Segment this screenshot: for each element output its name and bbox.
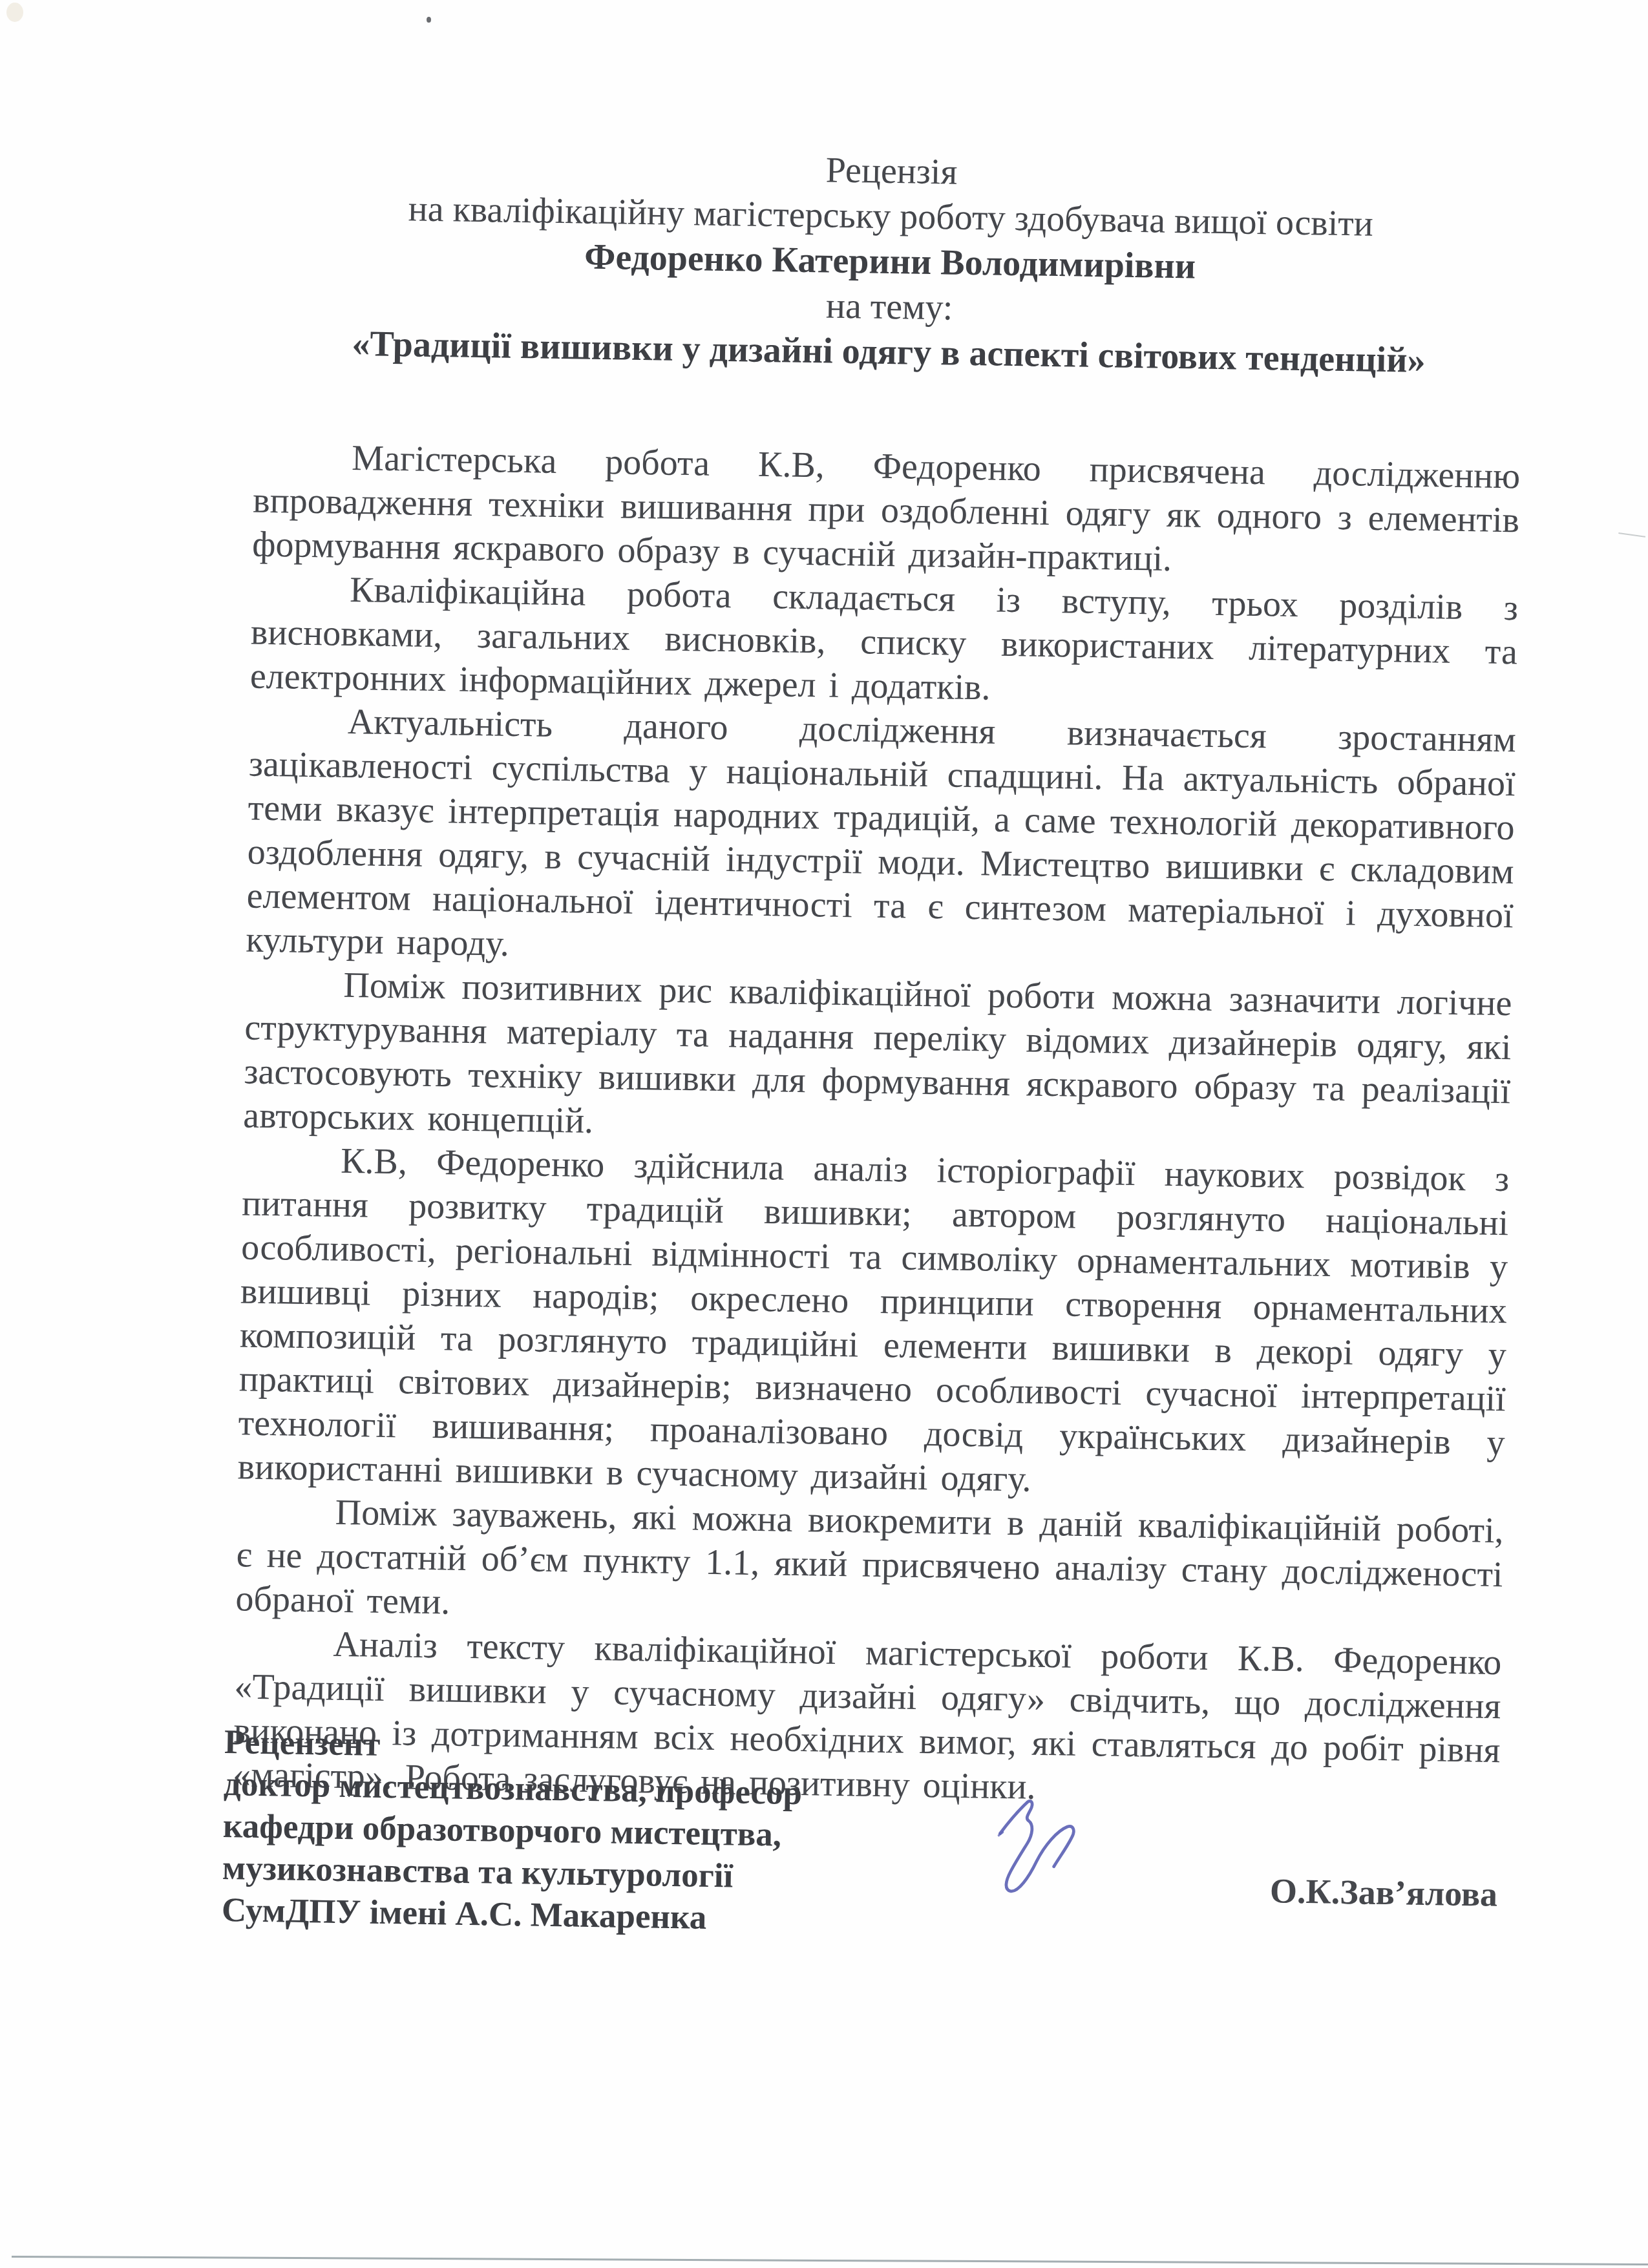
scanned-document-page: Рецензія на кваліфікаційну магістерську … [0, 0, 1648, 2268]
document-content: Рецензія на кваліфікаційну магістерську … [226, 139, 1525, 2226]
scan-speck [6, 3, 23, 22]
scan-speck [1618, 525, 1647, 538]
reviewer-signature-block: Рецензент доктор мистецтвознавства, проф… [222, 1721, 803, 1940]
scan-page-edge-line [12, 2256, 1648, 2265]
handwritten-signature [995, 1798, 1081, 1896]
paragraph-1: Магістерська робота К.В, Федоренко присв… [252, 435, 1521, 587]
paragraph-2: Кваліфікаційна робота складається із вст… [250, 567, 1519, 719]
paragraph-3: Актуальність даного дослідження визначає… [246, 698, 1516, 982]
document-body: Магістерська робота К.В, Федоренко присв… [233, 435, 1521, 1817]
document-header: Рецензія на кваліфікаційну магістерську … [255, 139, 1525, 385]
paragraph-5: К.В, Федоренко здійснила аналіз історіог… [237, 1137, 1509, 1509]
paragraph-6: Поміж зауважень, які можна виокремити в … [235, 1489, 1504, 1641]
signer-name: О.К.Зав’ялова [1270, 1871, 1498, 1915]
scan-speck [427, 17, 431, 23]
paragraph-4: Поміж позитивних рис кваліфікаційної роб… [243, 961, 1512, 1157]
